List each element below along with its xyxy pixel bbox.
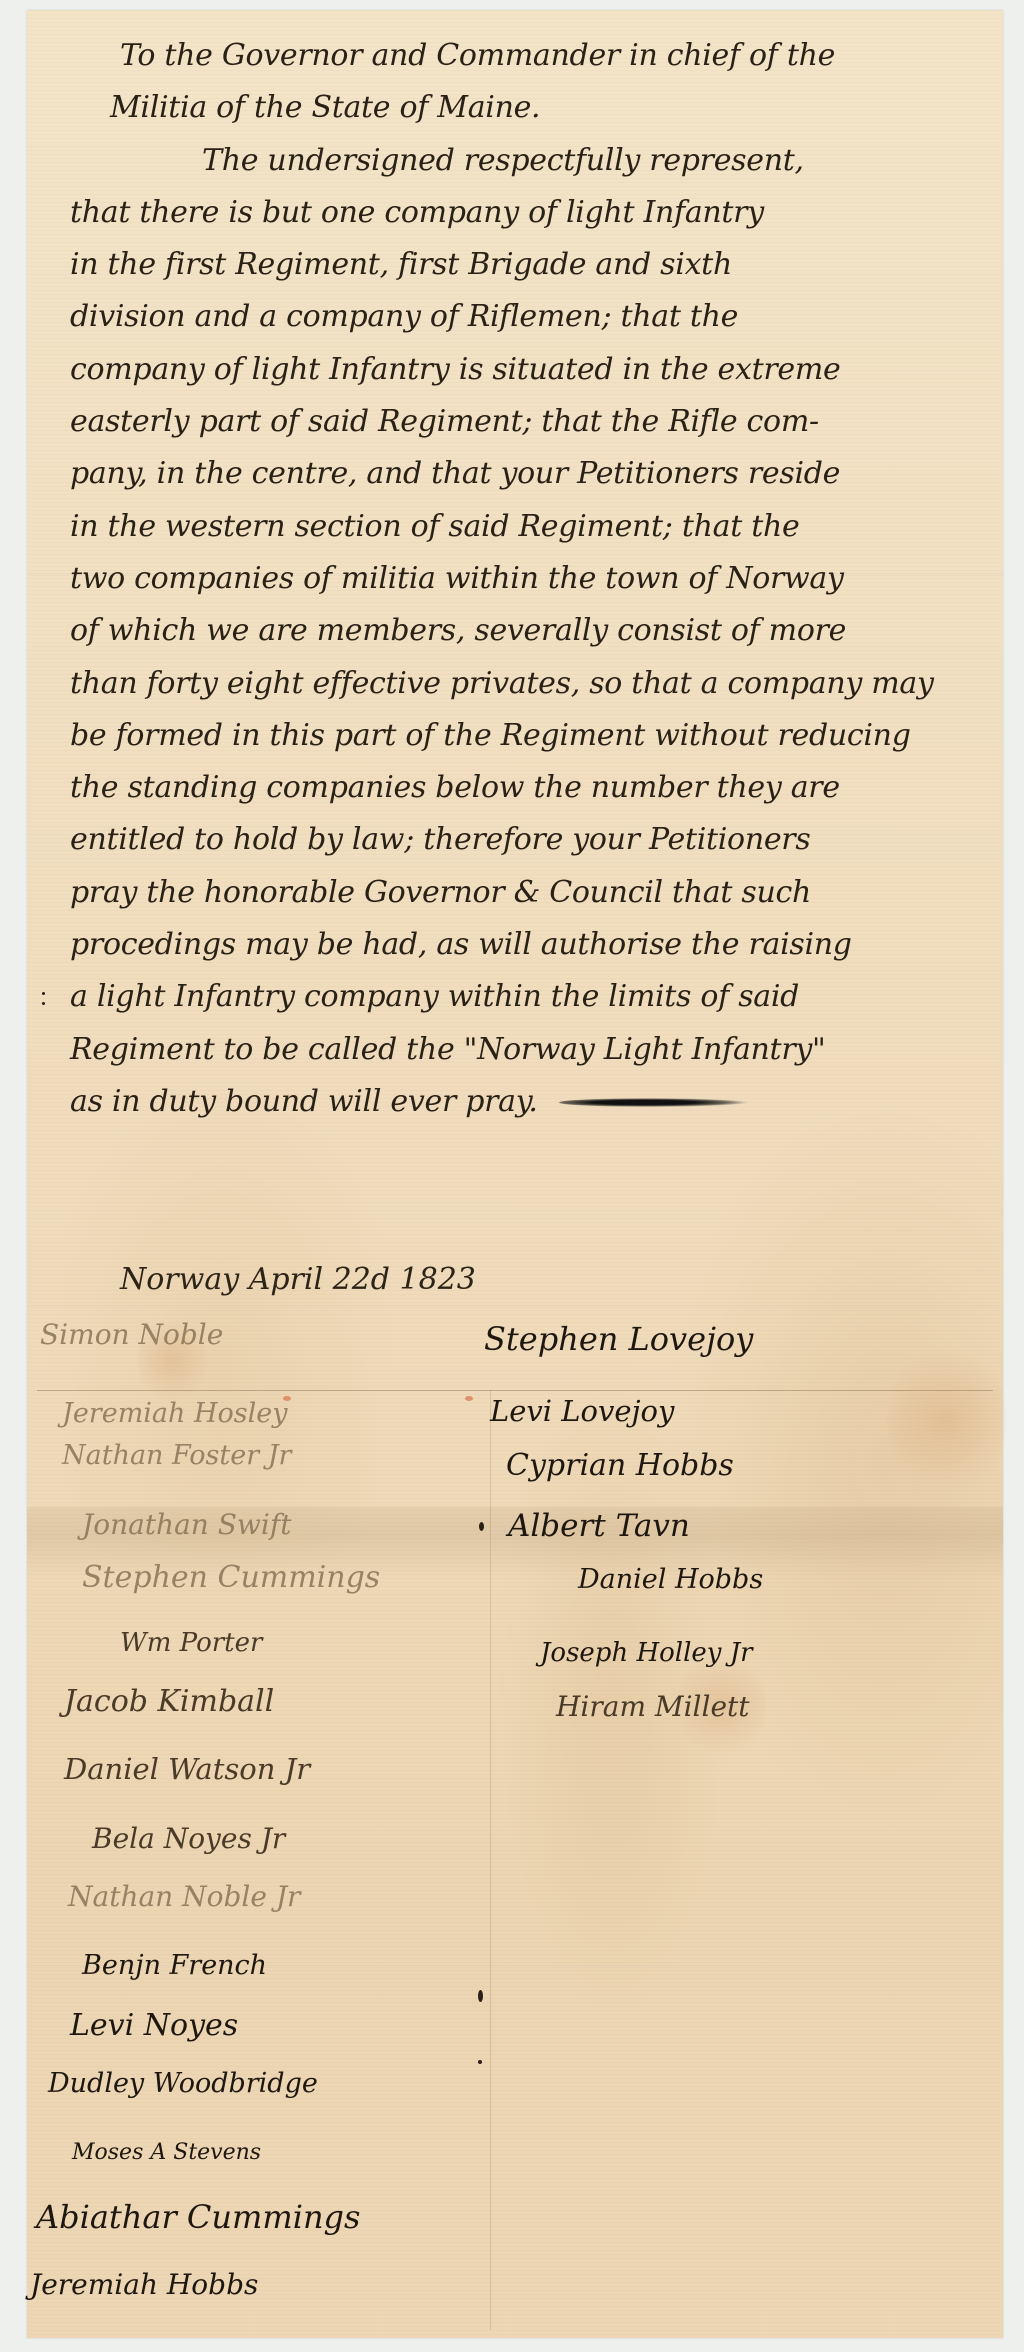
signature: Daniel Hobbs [578,1564,763,1595]
body-line: be formed in this part of the Regiment w… [70,710,970,762]
signature: Jeremiah Hosley [62,1398,288,1429]
column-divider [490,1390,491,2330]
margin-mark [42,992,45,995]
signature: Moses A Stevens [72,2140,261,2165]
ink-blot [478,2060,482,2064]
body-line: as in duty bound will ever pray. [70,1084,538,1119]
signature: Jonathan Swift [82,1508,291,1541]
body-line: procedings may be had, as will authorise… [70,919,970,971]
signature: Benjn French [82,1950,267,1981]
body-line: that there is but one company of light I… [70,187,970,239]
body-line: in the western section of said Regiment;… [70,501,970,553]
signature: Levi Noyes [70,2008,238,2043]
water-stain [887,1340,1007,1500]
body-line: pray the honorable Governor & Council th… [70,867,970,919]
body-line: of which we are members, severally consi… [70,605,970,657]
signature: Daniel Watson Jr [64,1752,310,1786]
body-line: easterly part of said Regiment; that the… [70,396,970,448]
body-line: in the first Regiment, first Brigade and… [70,239,970,291]
signature: Joseph Holley Jr [540,1638,753,1668]
dateline: Norway April 22d 1823 [120,1262,476,1297]
margin-mark [42,1002,45,1005]
signature: Bela Noyes Jr [92,1822,285,1855]
ink-flourish [559,1098,749,1107]
signature: Hiram Millett [556,1690,750,1723]
ink-blot [479,1522,484,1531]
body-line: the standing companies below the number … [70,762,970,814]
closing-line: as in duty bound will ever pray. [70,1076,970,1128]
address-line: Militia of the State of Maine. [70,82,970,134]
body-line: company of light Infantry is situated in… [70,344,970,396]
signature: Abiathar Cummings [36,2198,360,2236]
signature: Simon Noble [40,1318,223,1351]
signature: Cyprian Hobbs [506,1448,734,1483]
signature: Jeremiah Hobbs [30,2268,258,2301]
signature: Nathan Foster Jr [62,1440,291,1471]
signature: Jacob Kimball [64,1684,274,1719]
fold-crease [27,1305,1003,1308]
red-ink-mark [465,1396,473,1401]
signature: Levi Lovejoy [490,1394,674,1428]
ink-blot [478,1990,483,2002]
signature: Albert Tavn [508,1508,690,1544]
signature: Stephen Lovejoy [484,1320,753,1358]
body-line: division and a company of Riflemen; that… [70,291,970,343]
body-line: Regiment to be called the "Norway Light … [70,1024,970,1076]
body-line: entitled to hold by law; therefore your … [70,814,970,866]
body-line: The undersigned respectfully represent, [70,135,970,187]
signature: Stephen Cummings [82,1560,380,1595]
body-line: a light Infantry company within the limi… [70,971,970,1023]
signature: Dudley Woodbridge [48,2068,318,2099]
signature: Nathan Noble Jr [68,1880,300,1913]
body-line: pany, in the centre, and that your Petit… [70,448,970,500]
body-line: two companies of militia within the town… [70,553,970,605]
petition-body: To the Governor and Commander in chief o… [70,30,970,1128]
address-line: To the Governor and Commander in chief o… [70,30,970,82]
signature: Wm Porter [120,1628,262,1658]
body-line: than forty eight effective privates, so … [70,658,970,710]
